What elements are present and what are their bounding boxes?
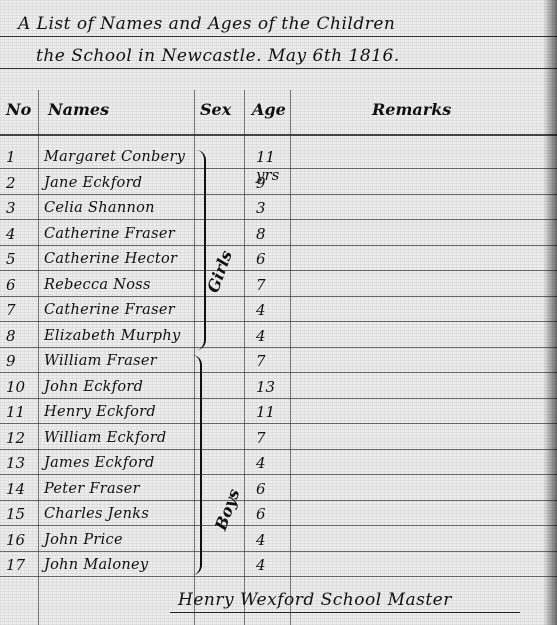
row-rule xyxy=(0,423,557,424)
table-row: 2Jane Eckford9 xyxy=(0,172,557,196)
child-age: 6 xyxy=(256,250,296,268)
row-number: 6 xyxy=(6,276,36,294)
row-number: 1 xyxy=(6,148,36,166)
row-rule xyxy=(0,194,557,195)
table-row: 11Henry Eckford11 xyxy=(0,401,557,425)
child-age: 4 xyxy=(256,531,296,549)
header-names: Names xyxy=(48,100,109,119)
signature-rule xyxy=(170,612,520,613)
child-name: Catherine Hector xyxy=(44,251,204,267)
register-page: A List of Names and Ages of the Children… xyxy=(0,0,557,625)
table-row: 17John Maloney4 xyxy=(0,554,557,578)
child-age: 7 xyxy=(256,429,296,447)
child-age: 4 xyxy=(256,454,296,472)
title-line-1: A List of Names and Ages of the Children xyxy=(18,14,395,34)
row-rule xyxy=(0,474,557,475)
row-number: 13 xyxy=(6,454,36,472)
table-row: 13James Eckford4 xyxy=(0,452,557,476)
child-name: Elizabeth Murphy xyxy=(44,328,204,344)
table-row: 9William Fraser7 xyxy=(0,350,557,374)
row-number: 15 xyxy=(6,505,36,523)
page-edge-shadow xyxy=(543,0,557,625)
child-age: 13 xyxy=(256,378,296,396)
child-age: 9 xyxy=(256,174,296,192)
table-row: 5Catherine Hector6 xyxy=(0,248,557,272)
row-rule xyxy=(0,168,557,169)
row-rule xyxy=(0,525,557,526)
header-no: No xyxy=(6,100,31,119)
child-name: Catherine Fraser xyxy=(44,302,204,318)
child-name: William Fraser xyxy=(44,353,204,369)
table-row: 12William Eckford7 xyxy=(0,427,557,451)
row-rule xyxy=(0,219,557,220)
child-age: 7 xyxy=(256,352,296,370)
child-name: Henry Eckford xyxy=(44,404,204,420)
table-row: 8Elizabeth Murphy4 xyxy=(0,325,557,349)
row-number: 17 xyxy=(6,556,36,574)
row-rule xyxy=(0,449,557,450)
row-number: 12 xyxy=(6,429,36,447)
child-age: 4 xyxy=(256,556,296,574)
row-number: 8 xyxy=(6,327,36,345)
row-number: 11 xyxy=(6,403,36,421)
title-rule-1 xyxy=(0,36,557,37)
row-rule xyxy=(0,270,557,271)
boys-bracket xyxy=(192,355,202,575)
header-sex: Sex xyxy=(200,100,231,119)
child-name: John Price xyxy=(44,532,204,548)
row-number: 2 xyxy=(6,174,36,192)
row-rule xyxy=(0,576,557,577)
table-row: 3Celia Shannon3 xyxy=(0,197,557,221)
row-rule xyxy=(0,321,557,322)
child-age: 4 xyxy=(256,327,296,345)
child-age: 3 xyxy=(256,199,296,217)
child-name: Celia Shannon xyxy=(44,200,204,216)
row-number: 9 xyxy=(6,352,36,370)
table-row: 15Charles Jenks6 xyxy=(0,503,557,527)
child-age: 7 xyxy=(256,276,296,294)
header-age: Age xyxy=(252,100,286,119)
child-age: 6 xyxy=(256,505,296,523)
child-name: James Eckford xyxy=(44,455,204,471)
row-number: 16 xyxy=(6,531,36,549)
child-name: Margaret Conbery xyxy=(44,149,204,165)
child-name: Catherine Fraser xyxy=(44,226,204,242)
child-name: Rebecca Noss xyxy=(44,277,204,293)
table-row: 7Catherine Fraser4 xyxy=(0,299,557,323)
child-age: 11 xyxy=(256,403,296,421)
table-row: 6Rebecca Noss7 xyxy=(0,274,557,298)
row-rule xyxy=(0,347,557,348)
row-rule xyxy=(0,551,557,552)
header-rule xyxy=(0,134,557,136)
title-line-2: the School in Newcastle. May 6th 1816. xyxy=(36,46,400,66)
girls-bracket xyxy=(196,150,206,350)
row-rule xyxy=(0,296,557,297)
child-name: Peter Fraser xyxy=(44,481,204,497)
table-row: 14Peter Fraser6 xyxy=(0,478,557,502)
child-age: 6 xyxy=(256,480,296,498)
child-age: 8 xyxy=(256,225,296,243)
row-number: 3 xyxy=(6,199,36,217)
table-row: 10John Eckford13 xyxy=(0,376,557,400)
child-name: John Eckford xyxy=(44,379,204,395)
row-number: 7 xyxy=(6,301,36,319)
title-rule-2 xyxy=(0,68,557,69)
child-name: Jane Eckford xyxy=(44,175,204,191)
row-number: 5 xyxy=(6,250,36,268)
row-number: 4 xyxy=(6,225,36,243)
table-row: 1Margaret Conbery11 yrs xyxy=(0,146,557,170)
row-rule xyxy=(0,500,557,501)
child-name: Charles Jenks xyxy=(44,506,204,522)
header-remarks: Remarks xyxy=(372,100,451,119)
row-number: 10 xyxy=(6,378,36,396)
child-age: 4 xyxy=(256,301,296,319)
signature: Henry Wexford School Master xyxy=(178,590,452,610)
table-row: 16John Price4 xyxy=(0,529,557,553)
row-number: 14 xyxy=(6,480,36,498)
row-rule xyxy=(0,245,557,246)
child-name: John Maloney xyxy=(44,557,204,573)
row-rule xyxy=(0,398,557,399)
row-rule xyxy=(0,372,557,373)
child-name: William Eckford xyxy=(44,430,204,446)
table-row: 4Catherine Fraser8 xyxy=(0,223,557,247)
